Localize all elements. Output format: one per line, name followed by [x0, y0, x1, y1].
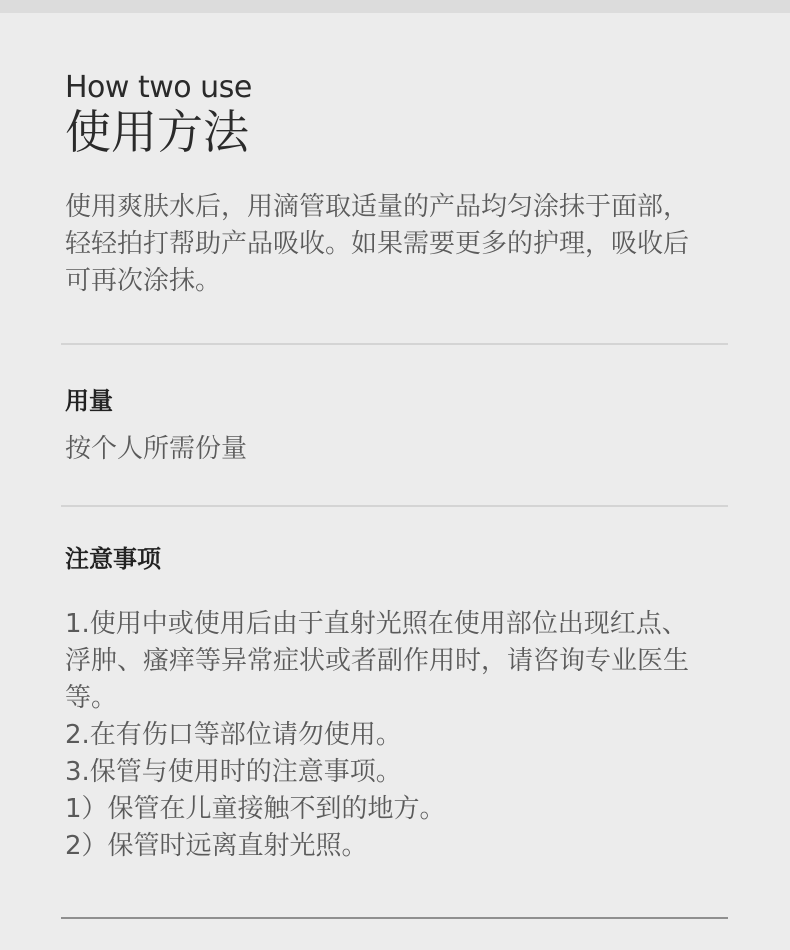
precaution-line: 2）保管时远离直射光照。 — [65, 828, 689, 865]
top-band — [0, 0, 790, 13]
bottom-divider — [61, 917, 728, 919]
instruction-line: 使用爽肤水后，用滴管取适量的产品均匀涂抹于面部， — [65, 189, 735, 226]
precaution-line: 等。 — [65, 680, 689, 717]
instruction-line: 轻轻拍打帮助产品吸收。如果需要更多的护理，吸收后 — [65, 226, 735, 263]
precaution-line: 2.在有伤口等部位请勿使用。 — [65, 717, 689, 754]
usage-instructions: 使用爽肤水后，用滴管取适量的产品均匀涂抹于面部， 轻轻拍打帮助产品吸收。如果需要… — [65, 189, 735, 300]
divider — [61, 343, 728, 345]
precaution-line: 浮肿、瘙痒等异常症状或者副作用时，请咨询专业医生 — [65, 643, 689, 680]
precaution-line: 1.使用中或使用后由于直射光照在使用部位出现红点、 — [65, 606, 689, 643]
page-title: 使用方法 — [65, 104, 249, 160]
precautions-heading: 注意事项 — [65, 544, 161, 574]
precaution-line: 3.保管与使用时的注意事项。 — [65, 754, 689, 791]
instruction-line: 可再次涂抹。 — [65, 263, 735, 300]
dosage-heading: 用量 — [65, 386, 113, 416]
divider — [61, 505, 728, 507]
dosage-text: 按个人所需份量 — [65, 431, 247, 468]
precaution-line: 1）保管在儿童接触不到的地方。 — [65, 791, 689, 828]
english-title: How two use — [65, 70, 252, 106]
precautions-list: 1.使用中或使用后由于直射光照在使用部位出现红点、 浮肿、瘙痒等异常症状或者副作… — [65, 606, 689, 865]
